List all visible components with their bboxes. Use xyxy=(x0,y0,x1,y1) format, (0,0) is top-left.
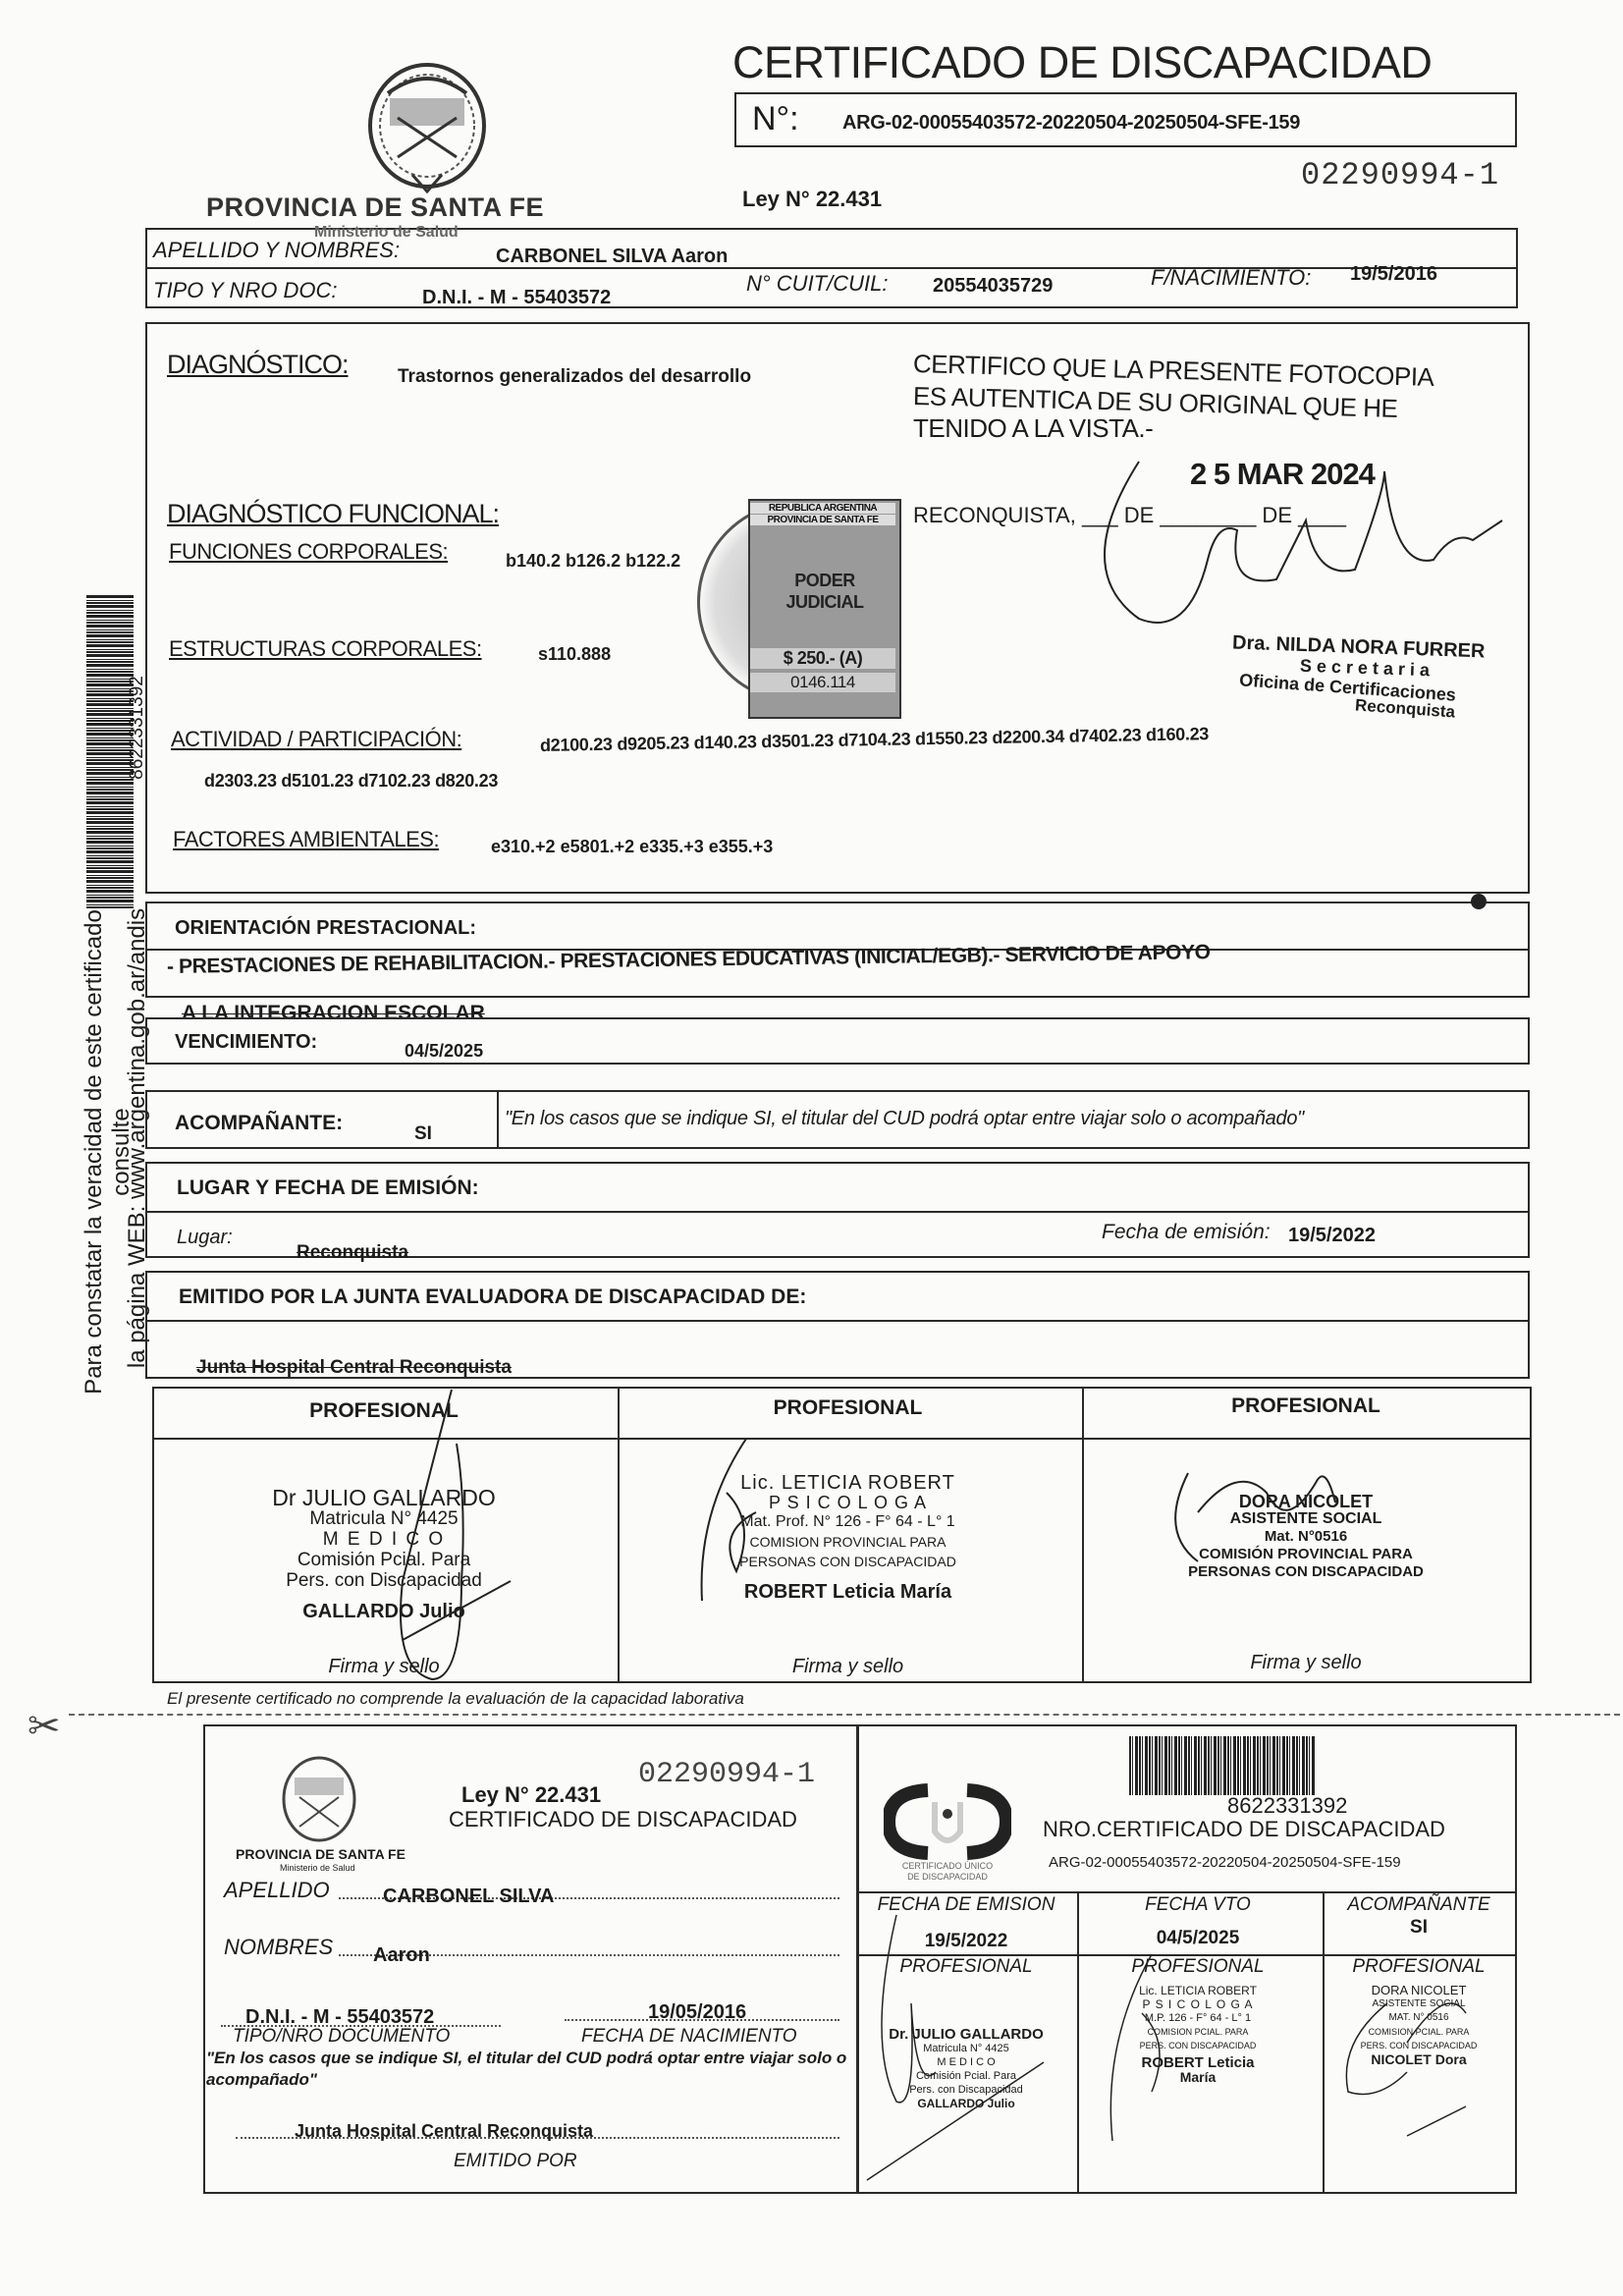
stamp-line: MAT. N° 0516 xyxy=(1321,2011,1517,2025)
cud-logo-text-1: CERTIFICADO ÚNICO xyxy=(874,1861,1021,1871)
doc-value: D.N.I. - M - 55403572 xyxy=(422,287,611,309)
body-structures-label: ESTRUCTURAS CORPORALES: xyxy=(169,636,482,662)
card-right-col1-header: FECHA DE EMISION xyxy=(857,1894,1075,1916)
card-right-prof3-stamp: DORA NICOLET ASISTENTE SOCIAL MAT. N° 05… xyxy=(1321,1984,1517,2066)
cuit-value: 20554035729 xyxy=(933,275,1053,298)
card-right-barcode xyxy=(1129,1736,1316,1795)
place-value: Reconquista xyxy=(297,1242,408,1264)
companion-box: ACOMPAÑANTE: SI "En los casos que se ind… xyxy=(145,1090,1530,1149)
card-right-prof1-header: PROFESIONAL xyxy=(857,1956,1075,1978)
prof2-stamp-line: Mat. Prof. N° 126 - F° 64 - L° 1 xyxy=(616,1512,1080,1532)
card-right-prof2-stamp: Lic. LETICIA ROBERT P S I C O L O G A M.… xyxy=(1075,1984,1321,2084)
card-left-birth-value: 19/05/2016 xyxy=(648,2001,746,2024)
prof3-header: PROFESIONAL xyxy=(1080,1394,1532,1418)
scissors-icon: ✂ xyxy=(27,1704,61,1749)
benefits-label: ORIENTACIÓN PRESTACIONAL: xyxy=(175,917,476,940)
expiry-label: VENCIMIENTO: xyxy=(175,1031,317,1054)
birth-value: 19/5/2016 xyxy=(1350,263,1437,286)
tax-stamp-middle: PODER JUDICIAL xyxy=(766,570,884,613)
issuance-label: LUGAR Y FECHA DE EMISIÓN: xyxy=(177,1176,479,1200)
card-right-prof3-header: PROFESIONAL xyxy=(1321,1956,1517,1978)
issuance-label-box: LUGAR Y FECHA DE EMISIÓN: xyxy=(145,1162,1530,1213)
prof2-stamp-line: P S I C O L O G A xyxy=(616,1493,1080,1512)
card-right-number: ARG-02-00055403572-20220504-20250504-SFE… xyxy=(1049,1854,1401,1871)
card-left-law: Ley N° 22.431 xyxy=(461,1782,601,1808)
stamp-line: ROBERT Leticia xyxy=(1075,2056,1321,2070)
place-label: Lugar: xyxy=(177,1227,233,1249)
board-value-box: Junta Hospital Central Reconquista xyxy=(145,1320,1530,1379)
certification-stamp: CERTIFICO QUE LA PRESENTE FOTOCOPIA ES A… xyxy=(913,349,1522,444)
tax-stamp-amount: $ 250.- (A) xyxy=(750,648,895,669)
benefits-label-box: ORIENTACIÓN PRESTACIONAL: xyxy=(145,902,1530,951)
prof3-stamp: DORA NICOLET ASISTENTE SOCIAL Mat. N°051… xyxy=(1080,1493,1532,1581)
stamp-line: DORA NICOLET xyxy=(1321,1984,1517,1997)
stamp-line: María xyxy=(1075,2070,1321,2084)
card-left-serial: 02290994-1 xyxy=(638,1758,815,1791)
companion-value: SI xyxy=(414,1123,432,1145)
document-title: CERTIFICADO DE DISCAPACIDAD xyxy=(732,37,1432,88)
card-right-col2-header: FECHA VTO xyxy=(1075,1894,1321,1916)
prof2-stamp: Lic. LETICIA ROBERT P S I C O L O G A Ma… xyxy=(616,1473,1080,1571)
card-right-prof1-stamp: Dr. JULIO GALLARDO Matricula N° 4425 M E… xyxy=(857,2028,1075,2110)
functional-diagnosis-label: DIAGNÓSTICO FUNCIONAL: xyxy=(167,499,499,529)
tax-stamp: REPUBLICA ARGENTINA PROVINCIA DE SANTA F… xyxy=(687,471,913,697)
prof2-stamp-line: PERSONAS CON DISCAPACIDAD xyxy=(616,1552,1080,1571)
prof1-stamp-line: Comisión Pcial. Para xyxy=(152,1550,616,1570)
prof1-stamp: Dr JULIO GALLARDO Matricula N° 4425 M E … xyxy=(152,1488,616,1591)
issue-date-label: Fecha de emisión: xyxy=(1102,1221,1271,1244)
stamp-line: GALLARDO Julio xyxy=(857,2097,1075,2110)
prof3-footer: Firma y sello xyxy=(1080,1652,1532,1674)
prof2-footer: Firma y sello xyxy=(616,1656,1080,1678)
stamp-line: COMISION PCIAL. PARA xyxy=(1075,2025,1321,2039)
card-left-coat-of-arms xyxy=(265,1748,373,1846)
card-right-barcode-number: 8622331392 xyxy=(1227,1793,1347,1819)
birth-label: F/NACIMIENTO: xyxy=(1151,265,1311,291)
board-value: Junta Hospital Central Reconquista xyxy=(196,1357,512,1379)
card-right-col3-header: ACOMPAÑANTE xyxy=(1321,1894,1517,1916)
tax-stamp-serial: 0146.114 xyxy=(750,673,895,692)
certificate-number-box: N°: ARG-02-00055403572-20220504-20250504… xyxy=(734,92,1517,147)
stamp-line: PERS. CON DISCAPACIDAD xyxy=(1075,2039,1321,2052)
prof3-stamp-line: Mat. N°0516 xyxy=(1080,1528,1532,1546)
cut-line xyxy=(69,1714,1620,1716)
expiry-box: VENCIMIENTO: 04/5/2025 xyxy=(145,1017,1530,1065)
cud-logo-text-2: DE DISCAPACIDAD xyxy=(874,1872,1021,1882)
body-functions-label: FUNCIONES CORPORALES: xyxy=(169,539,448,565)
board-label-box: EMITIDO POR LA JUNTA EVALUADORA DE DISCA… xyxy=(145,1271,1530,1322)
card-right-prof2-header: PROFESIONAL xyxy=(1075,1956,1321,1978)
prof1-stamp-line: M E D I C O xyxy=(152,1529,616,1550)
tax-stamp-top2: PROVINCIA DE SANTA FE xyxy=(750,515,895,525)
name-value: CARBONEL SILVA Aaron xyxy=(496,246,728,268)
body-functions-value: b140.2 b126.2 b122.2 xyxy=(506,551,680,572)
stamp-line: NICOLET Dora xyxy=(1321,2052,1517,2066)
doc-label: TIPO Y NRO DOC: xyxy=(153,278,337,303)
card-left-province: PROVINCIA DE SANTA FE xyxy=(236,1846,406,1862)
card-left-note: "En los casos que se indique SI, el titu… xyxy=(206,2048,854,2091)
environmental-factors-label: FACTORES AMBIENTALES: xyxy=(173,827,439,852)
issuance-value-box: Lugar: Reconquista Fecha de emisión: 19/… xyxy=(145,1211,1530,1258)
expiry-value: 04/5/2025 xyxy=(405,1041,483,1062)
prof3-stamp-line: COMISIÓN PROVINCIAL PARA xyxy=(1080,1546,1532,1563)
stamp-line: COMISION PCIAL. PARA xyxy=(1321,2025,1517,2039)
card-left-surname-label: APELLIDO xyxy=(224,1878,330,1903)
card-left-doc-label: TIPO/NRO DOCUMENTO xyxy=(233,2026,450,2048)
dot-mark xyxy=(1471,894,1487,909)
certificate-number-value: ARG-02-00055403572-20220504-20250504-SFE… xyxy=(842,112,1300,135)
certification-place-line: RECONQUISTA, ___ DE ________ DE ____ xyxy=(913,503,1346,528)
cuit-label: N° CUIT/CUIL: xyxy=(746,271,888,297)
stamp-line: Comisión Pcial. Para xyxy=(857,2069,1075,2083)
law-number: Ley N° 22.431 xyxy=(742,187,882,212)
cud-logo xyxy=(884,1782,1011,1861)
card-left-names-value: Aaron xyxy=(373,1944,430,1967)
companion-note: "En los casos que se indique SI, el titu… xyxy=(505,1108,1304,1130)
issue-date-value: 19/5/2022 xyxy=(1288,1225,1376,1247)
certification-date: 2 5 MAR 2024 xyxy=(1190,457,1375,492)
prof1-stamp-line: Pers. con Discapacidad xyxy=(152,1570,616,1591)
card-left-ministry: Ministerio de Salud xyxy=(280,1863,355,1873)
province-coat-of-arms xyxy=(329,49,525,196)
card-right-col2-value: 04/5/2025 xyxy=(1075,1928,1321,1949)
prof1-header: PROFESIONAL xyxy=(152,1399,616,1423)
stamp-line: Dr. JULIO GALLARDO xyxy=(857,2028,1075,2042)
ministry-stamp-overlay: Ministerio de Salud xyxy=(314,224,459,242)
province-name: PROVINCIA DE SANTA FE xyxy=(206,192,544,223)
tax-stamp-top1: REPUBLICA ARGENTINA xyxy=(750,503,895,514)
activity-value-line2: d2303.23 d5101.23 d7102.23 d820.23 xyxy=(204,771,498,792)
stamp-line: PERS. CON DISCAPACIDAD xyxy=(1321,2039,1517,2052)
prof3-stamp-line: ASISTENTE SOCIAL xyxy=(1080,1510,1532,1528)
diagnosis-value: Trastornos generalizados del desarrollo xyxy=(398,366,751,388)
prof1-footer: Firma y sello xyxy=(152,1656,616,1678)
labor-disclaimer: El presente certificado no comprende la … xyxy=(167,1689,744,1709)
stamp-line: M.P. 126 - F° 64 - L° 1 xyxy=(1075,2011,1321,2025)
body-structures-value: s110.888 xyxy=(538,644,611,665)
card-left-issuer-label: EMITIDO POR xyxy=(454,2151,577,2172)
prof1-stamp-line: Matricula N° 4425 xyxy=(152,1508,616,1529)
serial-number: 02290994-1 xyxy=(1301,157,1499,193)
stamp-line: Pers. con Discapacidad xyxy=(857,2083,1075,2097)
side-barcode-number: 8622331392 xyxy=(127,649,148,806)
prof3-stamp-line: DORA NICOLET xyxy=(1080,1493,1532,1510)
prof3-stamp-line: PERSONAS CON DISCAPACIDAD xyxy=(1080,1563,1532,1581)
board-label: EMITIDO POR LA JUNTA EVALUADORA DE DISCA… xyxy=(179,1285,806,1309)
stamp-line: P S I C O L O G A xyxy=(1075,1997,1321,2011)
stamp-line: Matricula N° 4425 xyxy=(857,2042,1075,2055)
stamp-line: ASISTENTE SOCIAL xyxy=(1321,1997,1517,2011)
prof2-name: ROBERT Leticia María xyxy=(616,1581,1080,1604)
card-left-birth-label: FECHA DE NACIMIENTO xyxy=(581,2026,797,2048)
diagnosis-label: DIAGNÓSTICO: xyxy=(167,350,349,380)
prof2-stamp-line: COMISION PROVINCIAL PARA xyxy=(616,1532,1080,1552)
card-left-surname-value: CARBONEL SILVA xyxy=(383,1886,554,1908)
prof1-stamp-line: Dr JULIO GALLARDO xyxy=(152,1488,616,1508)
card-left-names-label: NOMBRES xyxy=(224,1935,333,1960)
stamp-line: M E D I C O xyxy=(857,2055,1075,2069)
certificate-number-label: N°: xyxy=(752,100,799,138)
prof1-name: GALLARDO Julio xyxy=(152,1601,616,1623)
environmental-factors-value: e310.+2 e5801.+2 e335.+3 e355.+3 xyxy=(491,837,773,857)
card-left-issuer-value: Junta Hospital Central Reconquista xyxy=(295,2121,593,2142)
card-right-col1-value: 19/5/2022 xyxy=(857,1931,1075,1952)
card-right-col3-value: SI xyxy=(1321,1917,1517,1939)
companion-label: ACOMPAÑANTE: xyxy=(175,1112,343,1135)
prof2-header: PROFESIONAL xyxy=(616,1396,1080,1420)
card-left-title: CERTIFICADO DE DISCAPACIDAD xyxy=(449,1807,797,1832)
card-right-title: NRO.CERTIFICADO DE DISCAPACIDAD xyxy=(1043,1817,1445,1842)
activity-label: ACTIVIDAD / PARTICIPACIÓN: xyxy=(171,727,461,752)
prof2-stamp-line: Lic. LETICIA ROBERT xyxy=(616,1473,1080,1493)
stamp-line: Lic. LETICIA ROBERT xyxy=(1075,1984,1321,1997)
